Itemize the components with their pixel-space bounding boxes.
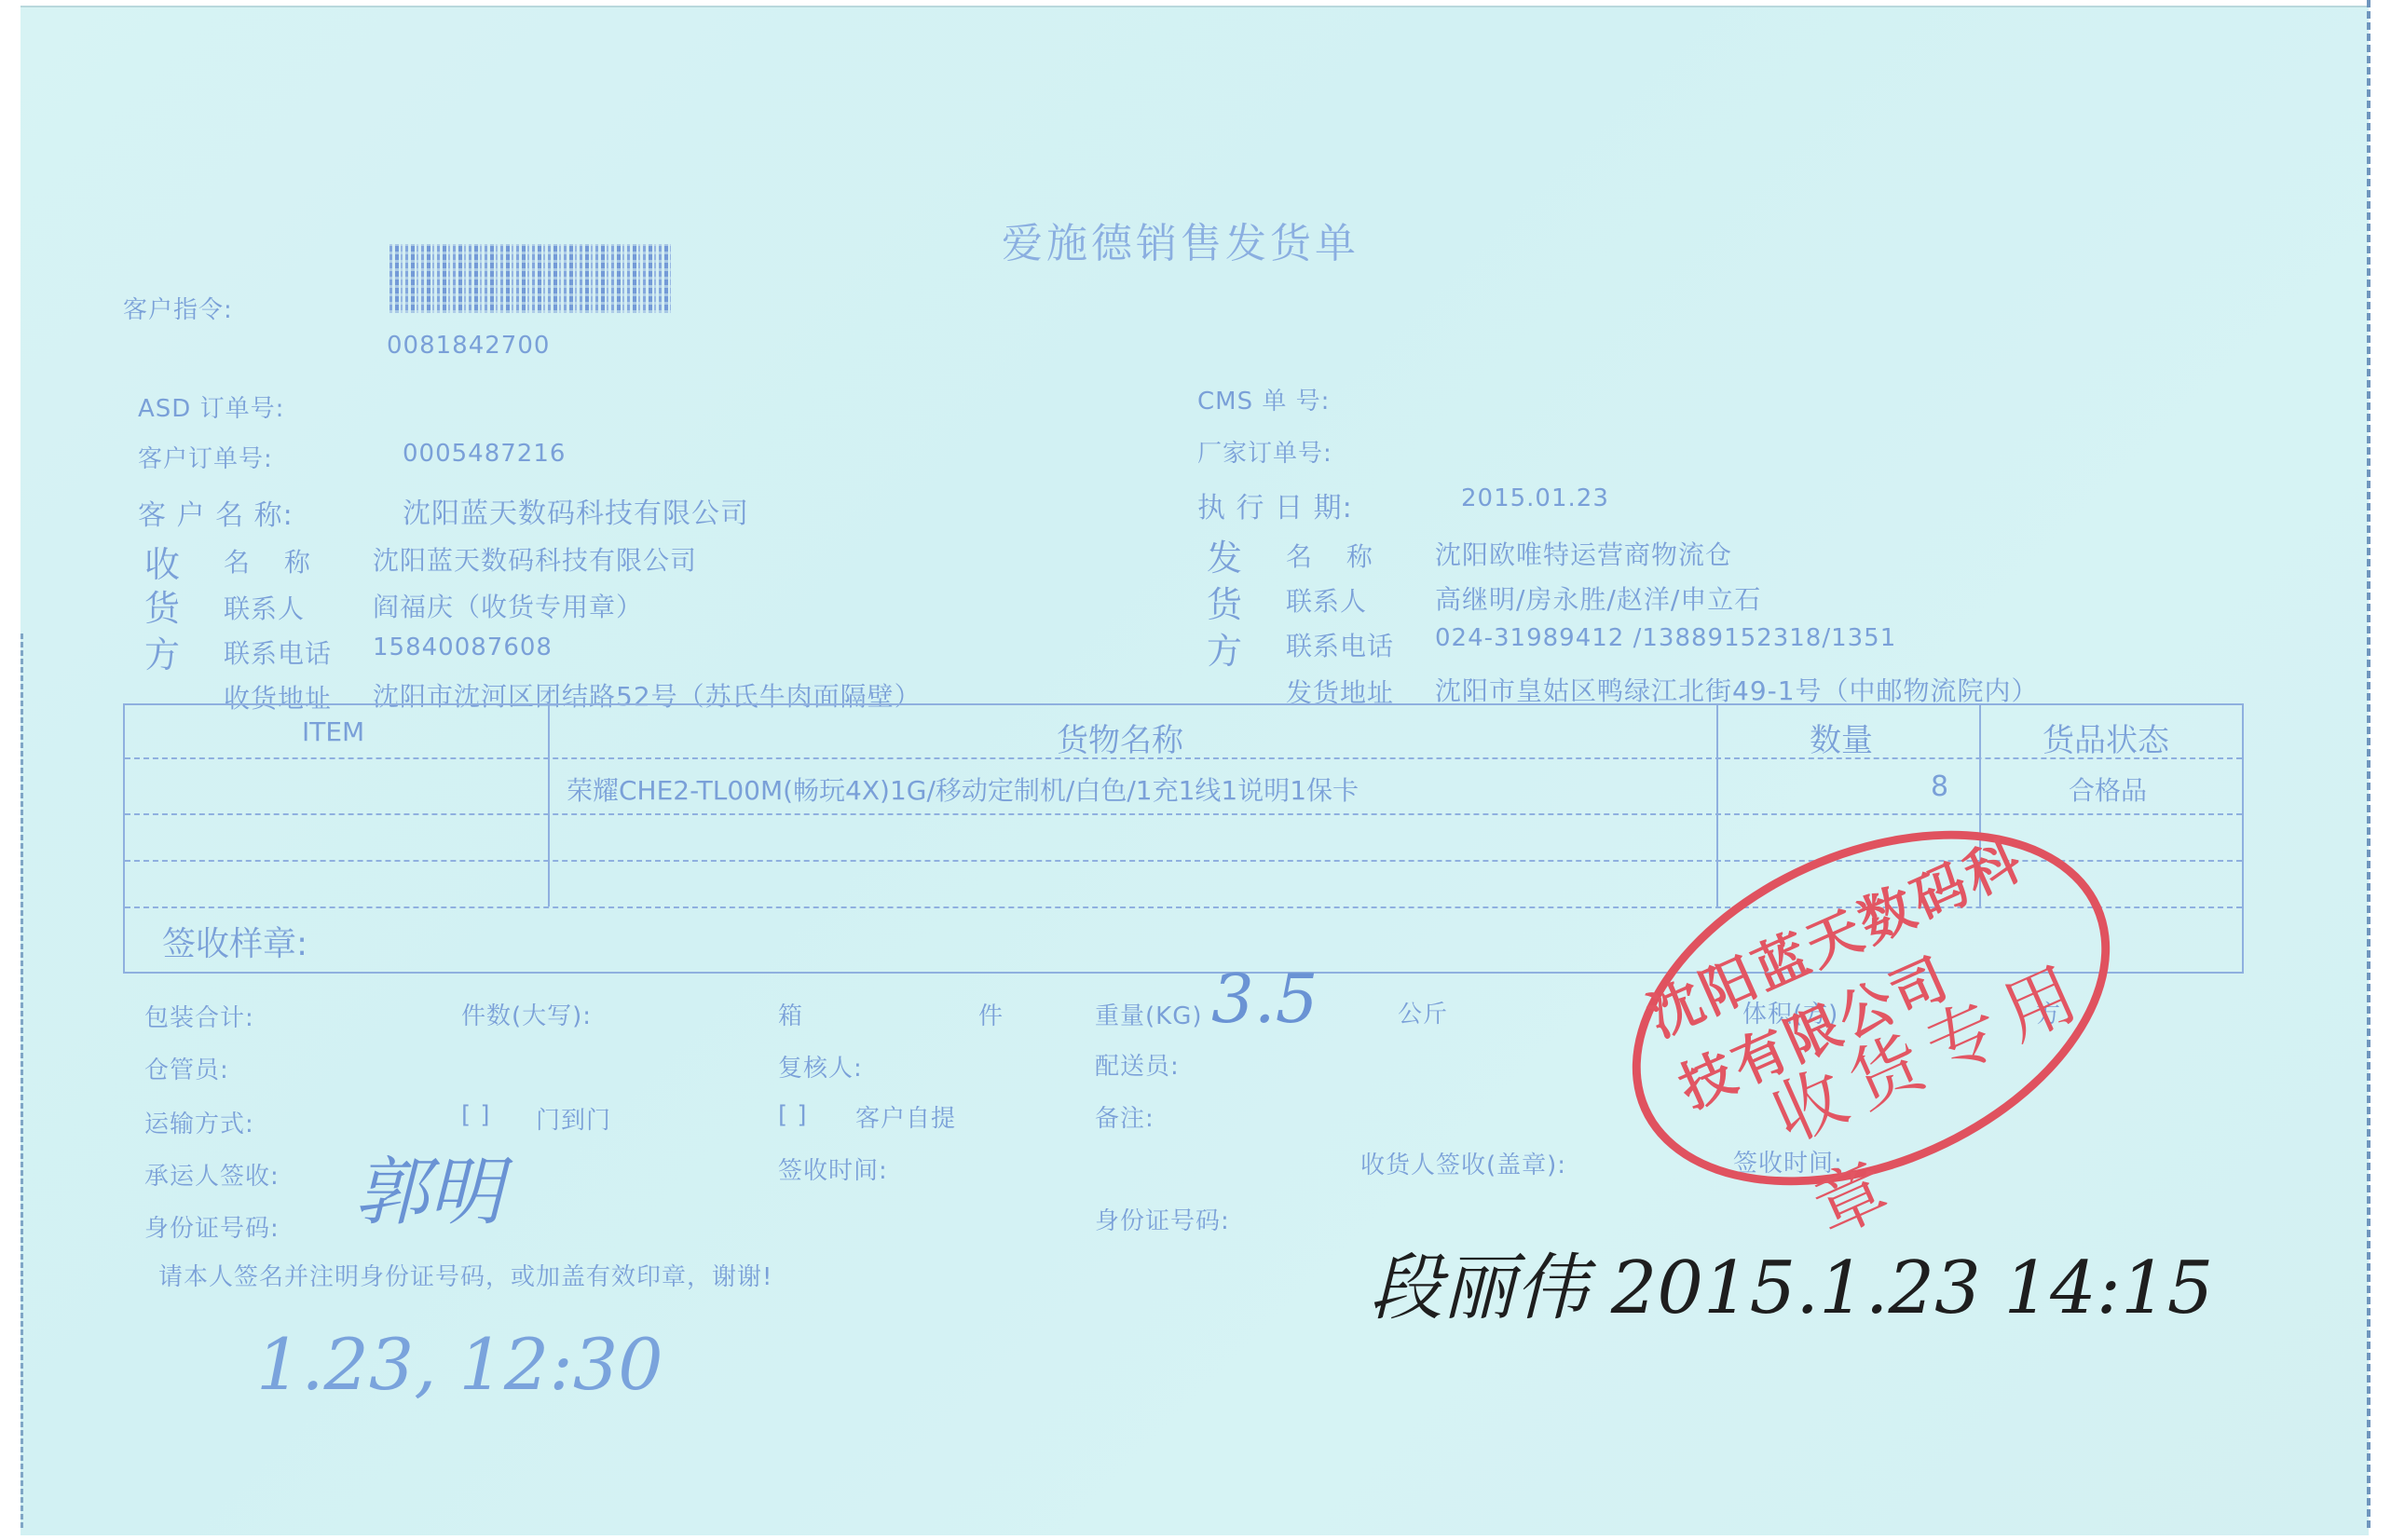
exec-date-label: 执 行 日 期: bbox=[1197, 484, 1353, 525]
column-header-quantity: 数量 bbox=[1810, 715, 1873, 760]
sender-contact-label: 联系人 bbox=[1286, 581, 1367, 619]
receiver-phone-label: 联系电话 bbox=[224, 634, 332, 671]
sign-time-label: 签收时间: bbox=[778, 1152, 888, 1186]
receiver-contact-label: 联系人 bbox=[224, 589, 305, 626]
sender-phone-value: 024-31989412 /13889152318/1351 bbox=[1435, 624, 1896, 652]
exec-date-value: 2015.01.23 bbox=[1461, 484, 1609, 512]
piece-label: 件 bbox=[978, 997, 1004, 1031]
factory-order-label: 厂家订单号: bbox=[1197, 434, 1332, 469]
door-to-door-label: 门到门 bbox=[536, 1101, 611, 1136]
receiver-contact-value: 阎福庆（收货专用章） bbox=[373, 587, 643, 624]
handwritten-time-left: 1.23, 12:30 bbox=[256, 1323, 663, 1406]
receiver-side-char-2: 货 bbox=[144, 579, 181, 631]
receiver-phone-value: 15840087608 bbox=[373, 634, 553, 661]
door-to-door-checkbox[interactable]: [ ] bbox=[461, 1101, 491, 1129]
barcode-number: 0081842700 bbox=[387, 332, 550, 360]
signature-notice: 请本人签名并注明身份证号码，或加盖有效印章，谢谢! bbox=[158, 1258, 772, 1292]
customer-order-label: 客户订单号: bbox=[138, 440, 273, 474]
pieces-label: 件数(大写): bbox=[461, 997, 592, 1031]
sender-side-char-3: 方 bbox=[1207, 622, 1243, 674]
customer-order-value: 0005487216 bbox=[403, 440, 566, 468]
kg-label: 公斤 bbox=[1398, 995, 1448, 1029]
sender-address-value: 沈阳市皇姑区鸭绿江北街49-1号（中邮物流院内） bbox=[1435, 671, 2039, 708]
warehouse-keeper-label: 仓管员: bbox=[144, 1051, 229, 1085]
cms-label: CMS 单 号: bbox=[1197, 382, 1330, 416]
sender-phone-label: 联系电话 bbox=[1286, 626, 1394, 663]
document-title: 爱施德销售发货单 bbox=[1002, 210, 1359, 269]
weight-label: 重量(KG) bbox=[1095, 997, 1203, 1031]
sender-name-label: 名 称 bbox=[1286, 537, 1386, 574]
handwritten-receiver-signature: 段丽伟 2015.1.23 14:15 bbox=[1370, 1230, 2213, 1334]
transport-method-label: 运输方式: bbox=[144, 1105, 254, 1139]
asd-order-label: ASD 订单号: bbox=[138, 389, 284, 424]
sender-contact-value: 高继明/房永胜/赵洋/申立石 bbox=[1435, 579, 1761, 617]
sign-sample-label: 签收样章: bbox=[162, 918, 307, 965]
receiver-side-char-3: 方 bbox=[144, 626, 181, 677]
id-number-label-left: 身份证号码: bbox=[144, 1209, 280, 1244]
receiver-name-value: 沈阳蓝天数码科技有限公司 bbox=[373, 540, 697, 578]
table-row-1-qty: 8 bbox=[1931, 770, 1948, 803]
customer-name-value: 沈阳蓝天数码科技有限公司 bbox=[403, 490, 749, 531]
column-header-item: ITEM bbox=[302, 716, 364, 747]
barcode-icon bbox=[389, 244, 671, 313]
box-label: 箱 bbox=[778, 997, 803, 1031]
self-pickup-label: 客户自提 bbox=[855, 1099, 956, 1134]
self-pickup-checkbox[interactable]: [ ] bbox=[778, 1101, 808, 1129]
perforation-right bbox=[2367, 0, 2374, 1528]
package-total-label: 包装合计: bbox=[144, 999, 254, 1033]
receiver-sign-label: 收货人签收(盖章): bbox=[1360, 1146, 1566, 1180]
carrier-sign-label: 承运人签收: bbox=[144, 1157, 280, 1192]
sender-side-char-1: 发 bbox=[1207, 529, 1243, 580]
column-header-goods-name: 货物名称 bbox=[1057, 715, 1183, 760]
sender-side-char-2: 货 bbox=[1207, 576, 1243, 627]
table-row-1-name: 荣耀CHE2-TL00M(畅玩4X)1G/移动定制机/白色/1充1线1说明1保卡 bbox=[567, 770, 1359, 808]
column-header-status: 货品状态 bbox=[2043, 715, 2169, 760]
weight-handwritten: 3.5 bbox=[1211, 960, 1318, 1038]
carrier-signature: 郭明 bbox=[354, 1132, 503, 1239]
delivery-person-label: 配送员: bbox=[1095, 1047, 1180, 1082]
receiver-name-label: 名 称 bbox=[224, 542, 323, 579]
remarks-label: 备注: bbox=[1095, 1099, 1155, 1134]
table-row-1-status: 合格品 bbox=[2069, 770, 2147, 808]
id-number-label-right: 身份证号码: bbox=[1095, 1202, 1230, 1236]
sender-name-value: 沈阳欧唯特运营商物流仓 bbox=[1435, 535, 1732, 572]
perforation-left bbox=[20, 634, 27, 1528]
customer-instruction-label: 客户指令: bbox=[123, 291, 233, 325]
reviewer-label: 复核人: bbox=[778, 1049, 863, 1083]
customer-name-label: 客 户 名 称: bbox=[138, 492, 294, 533]
